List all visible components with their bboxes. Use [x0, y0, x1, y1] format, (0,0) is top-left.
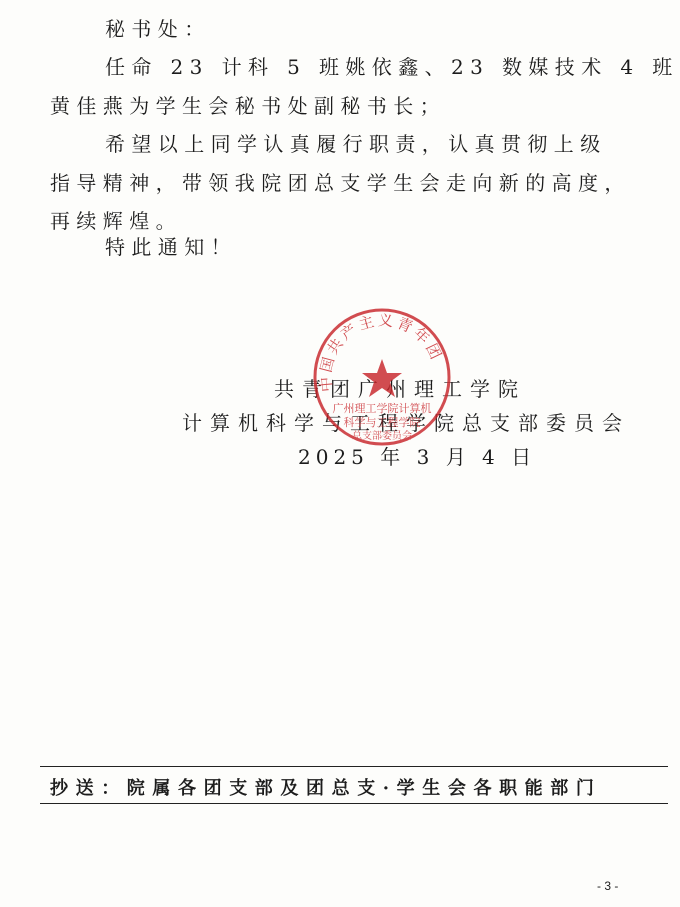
- signature-date: 2025 年 3 月 4 日: [298, 444, 536, 470]
- signature-org-line-1: 共青团广州理工学院: [274, 376, 526, 402]
- appointment-line-1: 任命 23 计科 5 班姚依鑫、23 数媒技术 4 班: [105, 54, 679, 80]
- hope-line-1: 希望以上同学认真履行职责，认真贯彻上级: [105, 131, 607, 157]
- signature-org-line-2: 计算机科学与工程学院总支部委员会: [182, 410, 630, 436]
- cc-distribution: 抄送：院属各团支部及团总支·学生会各职能部门: [50, 774, 601, 800]
- hope-line-2: 指导精神，带领我院团总支学生会走向新的高度，: [50, 170, 631, 196]
- closing-text: 特此通知！: [105, 234, 237, 260]
- cc-top-rule: [40, 766, 668, 767]
- cc-bottom-rule: [40, 803, 668, 804]
- hope-line-3: 再续辉煌。: [50, 208, 182, 234]
- appointment-line-2: 黄佳燕为学生会秘书处副秘书长；: [50, 93, 446, 119]
- page-number: - 3 -: [597, 879, 618, 893]
- section-label: 秘书处：: [105, 16, 211, 42]
